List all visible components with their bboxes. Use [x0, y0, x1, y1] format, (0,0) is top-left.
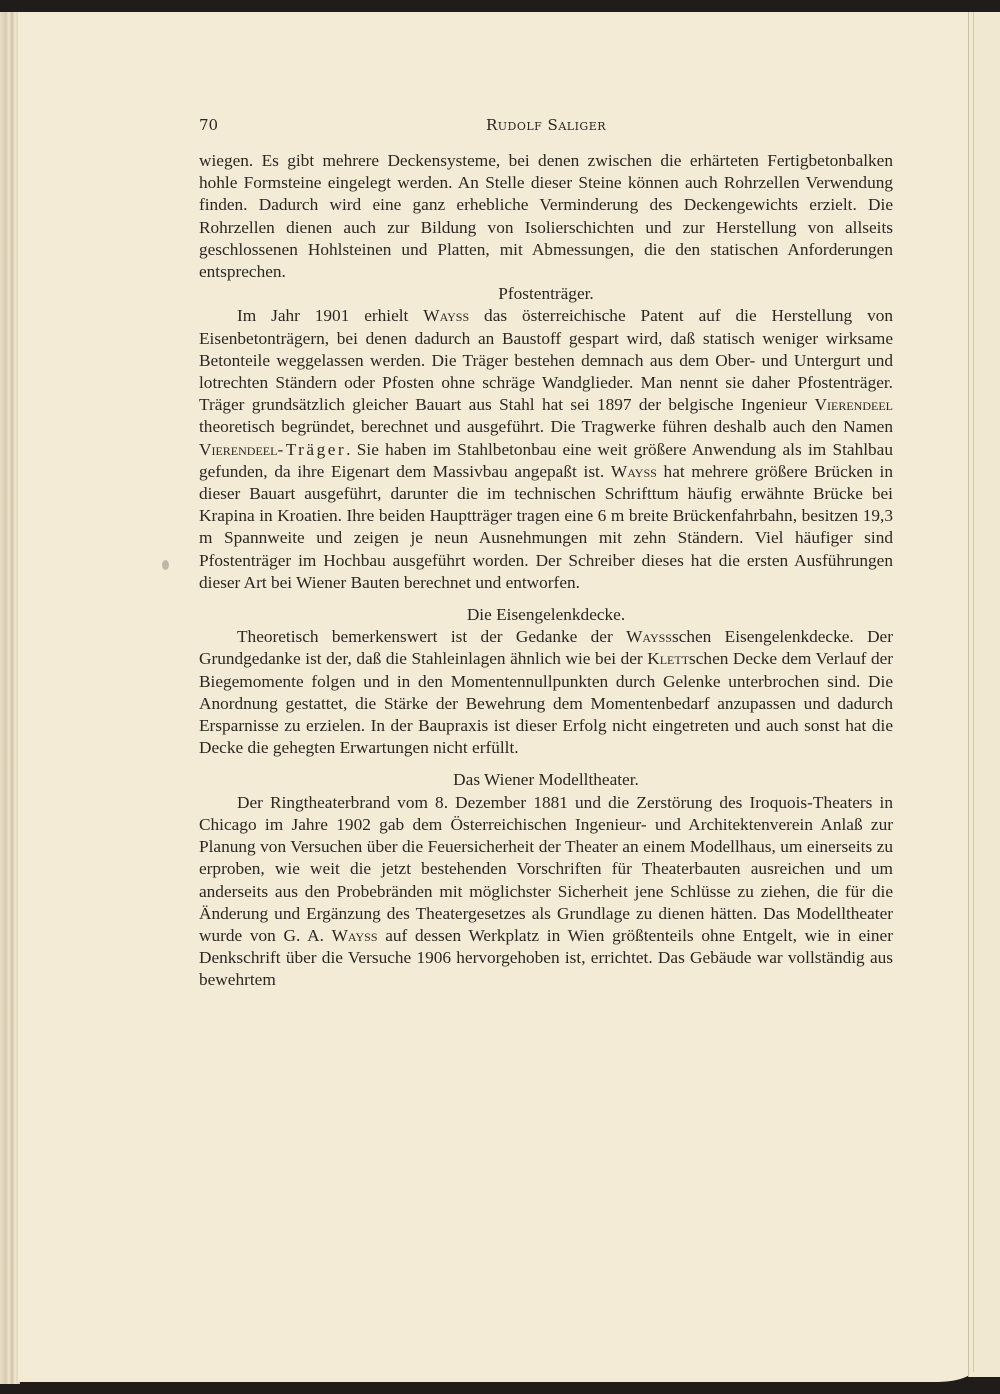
page-header: 70 Rudolf Saliger	[199, 116, 893, 136]
author-name: Wayss	[423, 306, 469, 325]
paragraph-pfostentraeger: Im Jahr 1901 erhielt Wayss das österreic…	[199, 305, 893, 594]
page-stack-left-edge	[0, 12, 20, 1384]
paragraph-modelltheater: Der Ringtheaterbrand vom 8. Dezember 188…	[199, 792, 893, 992]
section-heading-modelltheater: Das Wiener Modelltheater.	[199, 769, 893, 791]
spaced-term: -Träger	[277, 440, 346, 459]
running-head: Rudolf Saliger	[199, 116, 893, 134]
author-name: Wayss	[332, 926, 378, 945]
paper-speck	[162, 560, 169, 570]
paragraph-eisengelenkdecke: Theoretisch bemerkenswert ist der Gedank…	[199, 626, 893, 759]
section-heading-pfostentraeger: Pfostenträger.	[199, 283, 893, 305]
author-name: Vierendeel	[199, 440, 277, 459]
section-heading-eisengelenkdecke: Die Eisengelenkdecke.	[199, 604, 893, 626]
author-name: Klett	[647, 649, 689, 668]
paragraph-continuation: wiegen. Es gibt mehrere Deckensysteme, b…	[199, 150, 893, 283]
page-fold-line	[973, 12, 974, 1372]
author-name: Wayss	[626, 627, 672, 646]
body-text: wiegen. Es gibt mehrere Deckensysteme, b…	[199, 150, 893, 992]
author-name: Vierendeel	[815, 395, 893, 414]
author-name: Wayss	[611, 462, 657, 481]
